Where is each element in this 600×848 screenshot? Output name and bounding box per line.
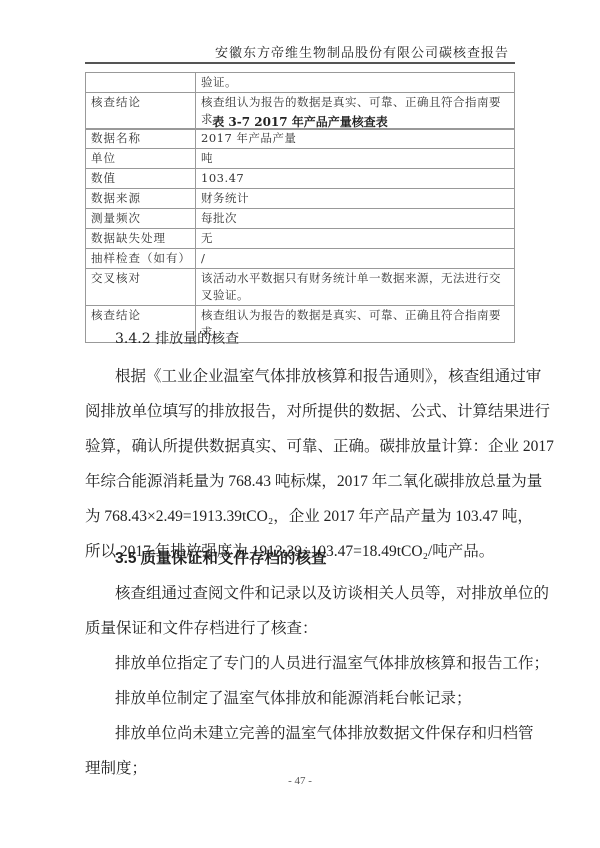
row-key <box>86 73 196 93</box>
paragraph-line: 年综合能源消耗量为 768.43 吨标煤，2017 年二氧化碳排放总量为量 <box>85 469 542 491</box>
row-value: 吨 <box>196 149 515 169</box>
page-header: 安徽东方帝维生物制品股份有限公司碳核查报告 <box>85 40 515 64</box>
page-number: - 47 - <box>0 775 600 787</box>
row-key: 数据名称 <box>86 129 196 149</box>
row-key: 测量频次 <box>86 209 196 229</box>
row-key: 单位 <box>86 149 196 169</box>
row-key: 数据来源 <box>86 189 196 209</box>
table-row: 交叉核对该活动水平数据只有财务统计单一数据来源，无法进行交叉验证。 <box>86 269 515 306</box>
row-value: 财务统计 <box>196 189 515 209</box>
paragraph-line: 验算，确认所提供数据真实、可靠、正确。碳排放量计算：企业 2017 <box>85 434 554 456</box>
section-heading: 3.5 质量保证和文件存档的核查 <box>115 546 326 568</box>
table-row: 数值103.47 <box>86 169 515 189</box>
paragraph-line: 排放单位尚未建立完善的温室气体排放数据文件保存和归档管 <box>115 721 534 743</box>
table-row: 抽样检查（如有）/ <box>86 249 515 269</box>
paragraph-line: 质量保证和文件存档进行了核查： <box>85 616 318 638</box>
product-output-verification-table: 数据名称2017 年产品产量 单位吨 数值103.47 数据来源财务统计 测量频… <box>85 128 515 343</box>
table-row: 测量频次每批次 <box>86 209 515 229</box>
row-key: 数值 <box>86 169 196 189</box>
row-value: / <box>196 249 515 269</box>
table-row: 单位吨 <box>86 149 515 169</box>
row-value: 2017 年产品产量 <box>196 129 515 149</box>
row-value: 无 <box>196 229 515 249</box>
paragraph-line: 阅排放单位填写的排放报告，对所提供的数据、公式、计算结果进行 <box>85 399 550 421</box>
paragraph-line: 排放单位指定了专门的人员进行温室气体排放核算和报告工作； <box>115 651 549 673</box>
section-heading: 3.4.2 排放量的核查 <box>115 328 239 348</box>
table-row: 验证。 <box>86 73 515 93</box>
paragraph-line: 排放单位制定了温室气体排放和能源消耗台帐记录； <box>115 686 472 708</box>
paragraph-line: 为 768.43×2.49=1913.39tCO₂，企业 2017 年产品产量为… <box>85 504 533 526</box>
section-number: 3.5 <box>115 550 137 567</box>
row-value: 该活动水平数据只有财务统计单一数据来源，无法进行交叉验证。 <box>196 269 515 306</box>
paragraph-line: 根据《工业企业温室气体排放核算和报告通则》，核查组通过审 <box>115 364 541 386</box>
row-key: 抽样检查（如有） <box>86 249 196 269</box>
report-title: 安徽东方帝维生物制品股份有限公司碳核查报告 <box>215 42 509 61</box>
row-value: 验证。 <box>196 73 515 93</box>
section-title: 质量保证和文件存档的核查 <box>140 550 326 567</box>
table-row: 数据名称2017 年产品产量 <box>86 129 515 149</box>
row-value: 每批次 <box>196 209 515 229</box>
row-value: 核查组认为报告的数据是真实、可靠、正确且符合指南要求。 <box>196 306 515 343</box>
row-value: 103.47 <box>196 169 515 189</box>
table-row: 数据来源财务统计 <box>86 189 515 209</box>
paragraph-line: 核查组通过查阅文件和记录以及访谈相关人员等，对排放单位的 <box>115 581 549 603</box>
row-key: 数据缺失处理 <box>86 229 196 249</box>
row-key: 交叉核对 <box>86 269 196 306</box>
table-row: 数据缺失处理无 <box>86 229 515 249</box>
